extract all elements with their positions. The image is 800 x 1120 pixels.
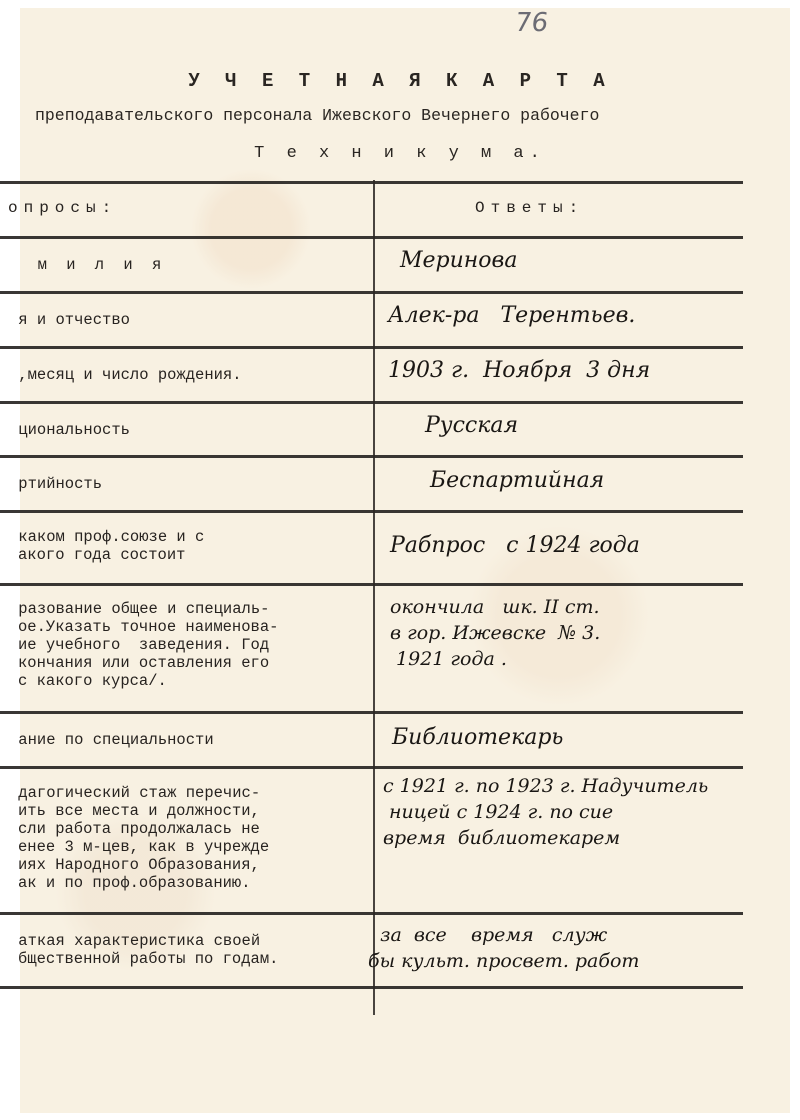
answer-name-patronymic: Алек-ра Терентьев. bbox=[388, 300, 788, 331]
column-divider bbox=[373, 180, 375, 1015]
table-rule bbox=[0, 711, 743, 714]
table-rule bbox=[0, 510, 743, 513]
answer-surname: Меринова bbox=[400, 245, 800, 276]
answer-trade-union: Рабпрос с 1924 года bbox=[390, 530, 790, 561]
question-party-membership: артийность bbox=[18, 475, 373, 493]
table-rule bbox=[0, 181, 743, 184]
answer-education: окончила шк. II ст. в гор. Ижевске № 3. … bbox=[390, 594, 790, 672]
table-rule bbox=[0, 346, 743, 349]
question-surname: а м и л и я bbox=[18, 256, 373, 274]
table-rule bbox=[0, 236, 743, 239]
question-public-work: раткая характеристика своей бщественной … bbox=[18, 932, 373, 968]
questions-column-header: опросы: bbox=[8, 199, 117, 217]
document-title: У Ч Е Т Н А Я К А Р Т А bbox=[0, 70, 800, 92]
answer-birth-date: 1903 г. Ноября 3 дня bbox=[388, 355, 788, 386]
answer-teaching-experience: с 1921 г. по 1923 г. Надучитель ницей с … bbox=[383, 773, 783, 851]
page-number: 76 bbox=[513, 8, 550, 38]
answer-nationality: Русская bbox=[425, 410, 800, 441]
question-name-patronymic: мя и отчество bbox=[18, 311, 373, 329]
question-teaching-experience: едагогический стаж перечис- ить все мест… bbox=[18, 784, 373, 892]
table-rule bbox=[0, 986, 743, 989]
answer-party-membership: Беспартийная bbox=[430, 465, 800, 496]
table-rule bbox=[0, 401, 743, 404]
question-trade-union: каком проф.союзе и с акого года состоит bbox=[18, 528, 373, 564]
question-birth-date: д,месяц и число рождения. bbox=[18, 366, 373, 384]
table-rule bbox=[0, 455, 743, 458]
answer-public-work: за все время служ бы культ. просвет. раб… bbox=[368, 922, 768, 974]
question-education: бразование общее и специаль- ое.Указать … bbox=[18, 600, 373, 690]
answer-specialty-title: Библиотекарь bbox=[392, 722, 792, 753]
table-rule bbox=[0, 766, 743, 769]
question-nationality: ациональность bbox=[18, 421, 373, 439]
document-subtitle: преподавательского персонала Ижевского В… bbox=[35, 106, 735, 125]
answers-column-header: Ответы: bbox=[475, 199, 584, 217]
table-rule bbox=[0, 583, 743, 586]
question-specialty-title: вание по специальности bbox=[18, 731, 373, 749]
table-rule bbox=[0, 291, 743, 294]
table-rule bbox=[0, 912, 743, 915]
document-subtitle-institution: Т е х н и к у м а. bbox=[0, 144, 800, 163]
